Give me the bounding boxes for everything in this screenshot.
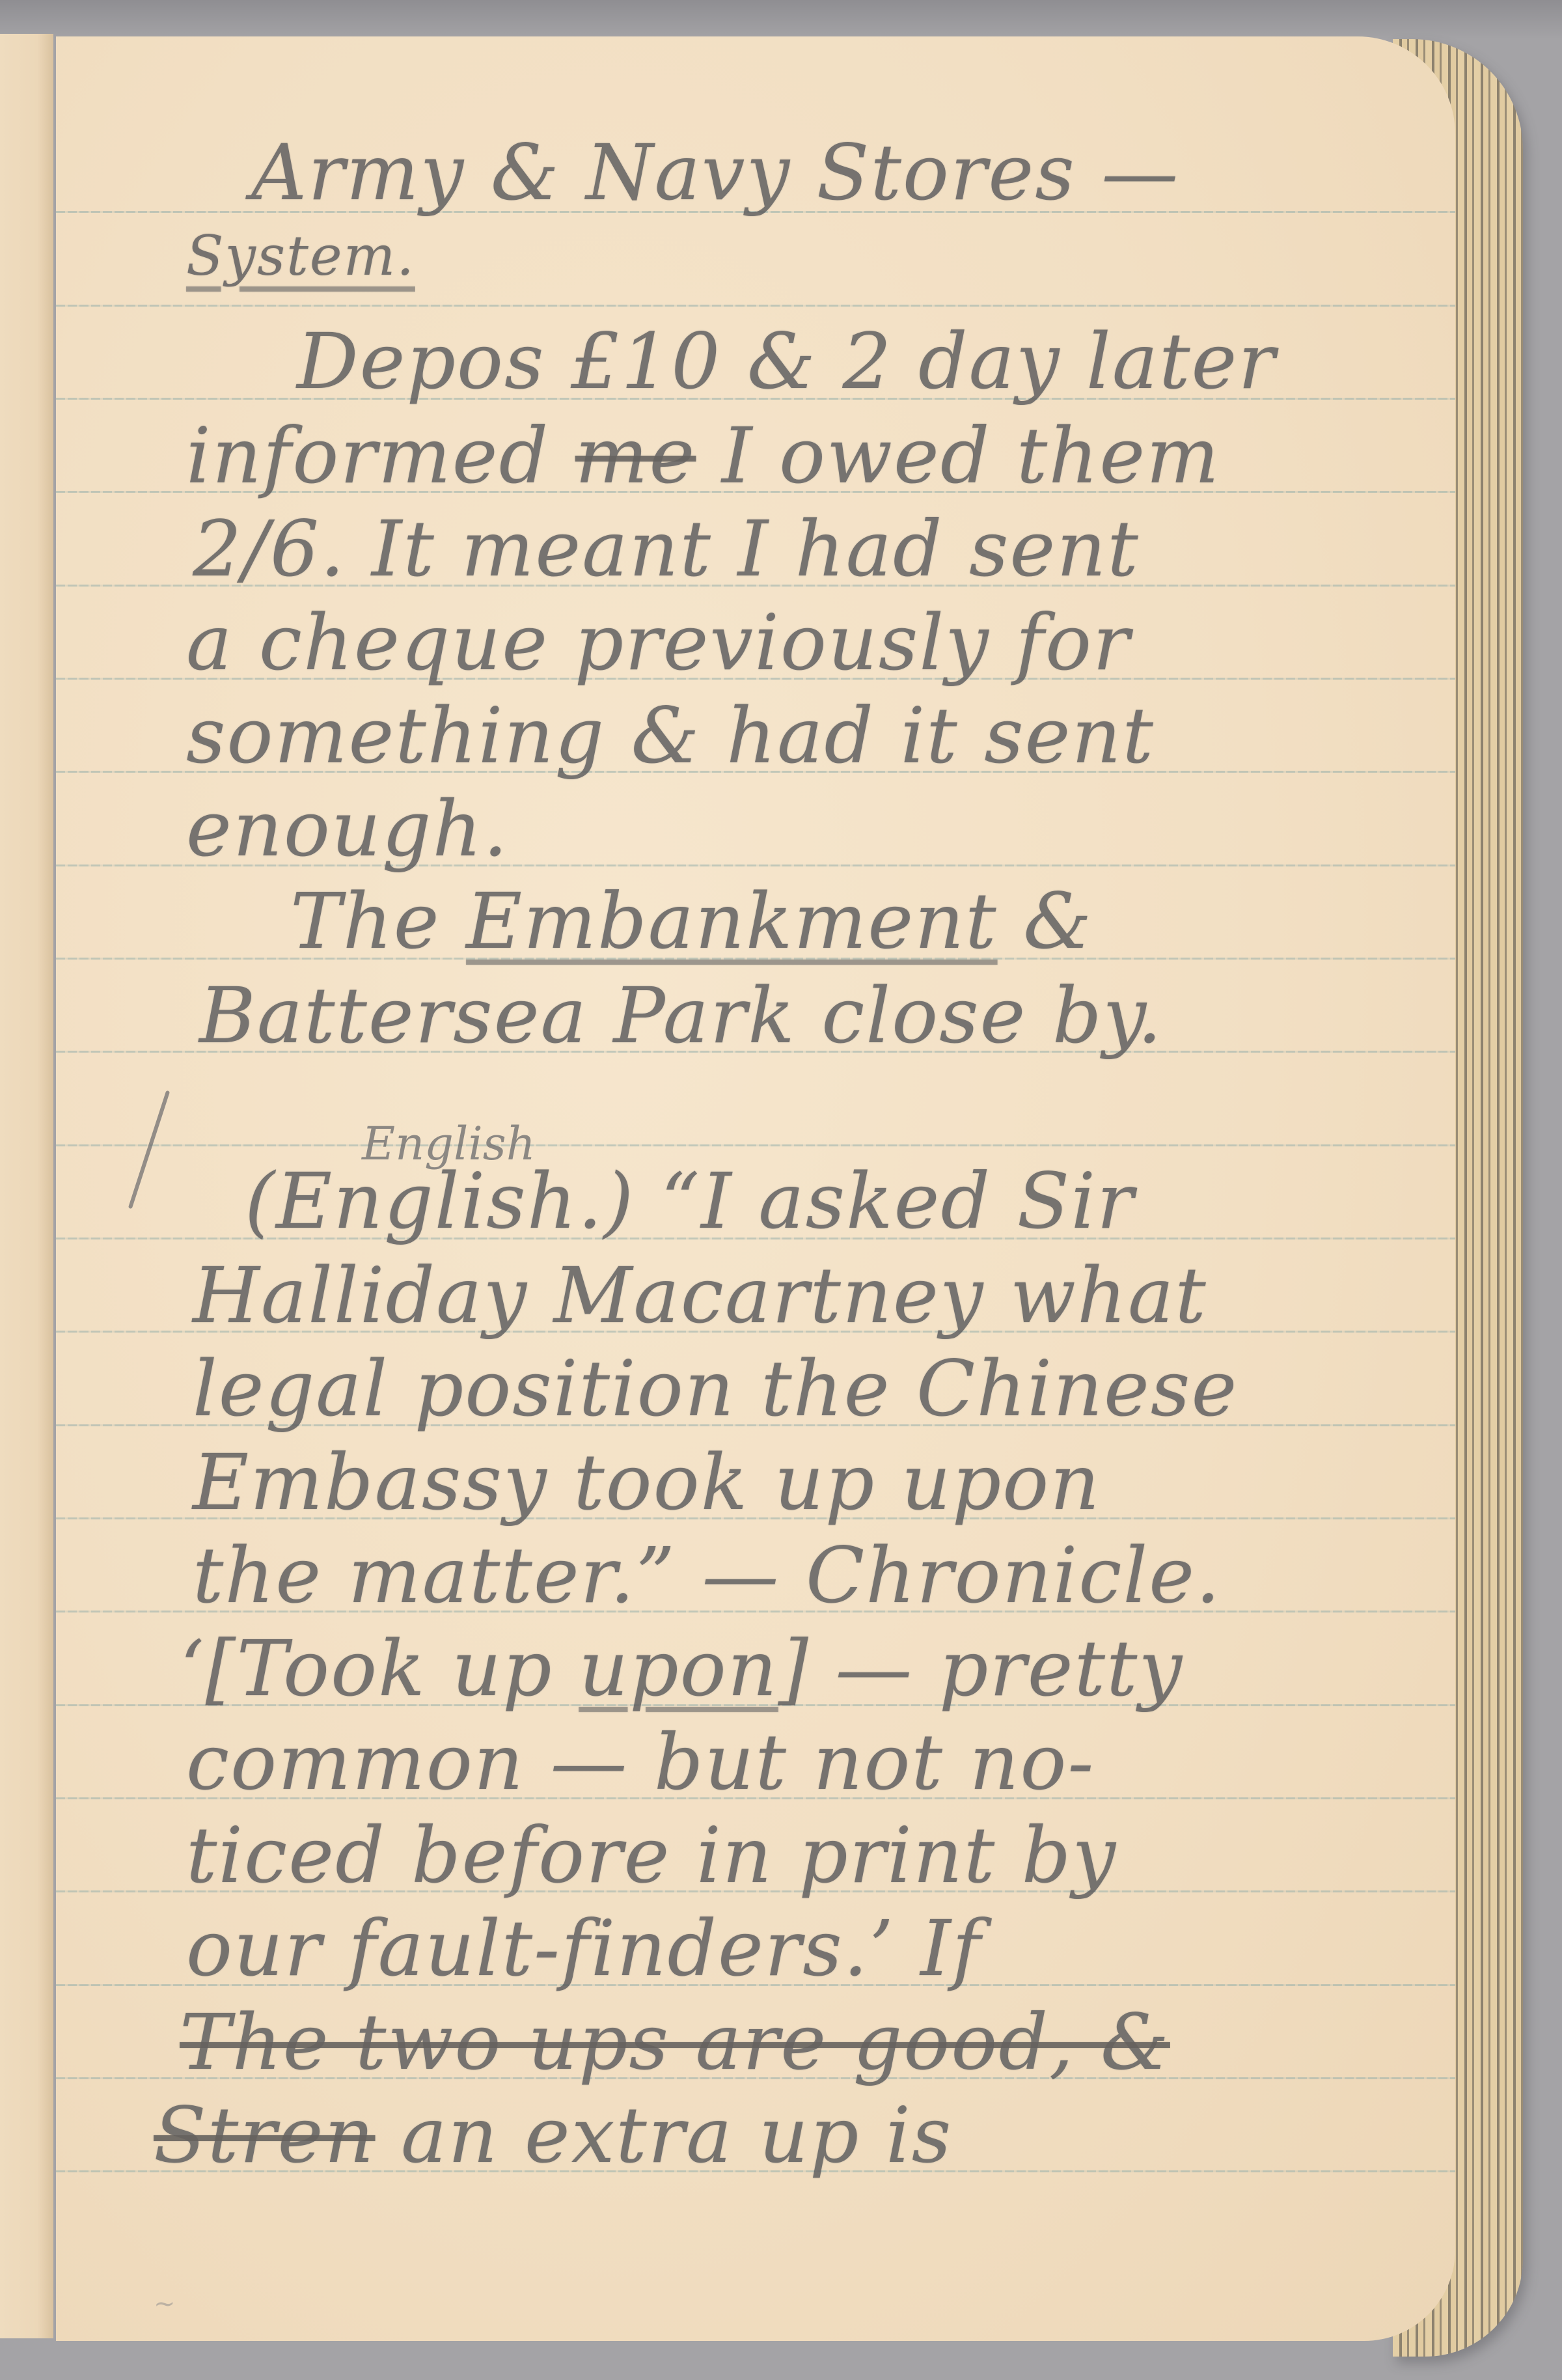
handwritten-line-4: informed me I owed them bbox=[186, 417, 1220, 494]
underlined-word: Embankment bbox=[466, 876, 998, 966]
line-21-part-2: an extra up is bbox=[376, 2090, 953, 2180]
handwritten-line-9: The Embankment & bbox=[290, 883, 1093, 960]
handwritten-line-17: common — but not no- bbox=[186, 1724, 1095, 1801]
handwritten-line-2: System. bbox=[186, 228, 415, 283]
struck-word: me bbox=[575, 411, 696, 501]
handwritten-line-11: (English.) “I asked Sir bbox=[245, 1163, 1135, 1239]
line-16-part-2: ] — pretty bbox=[778, 1624, 1183, 1713]
margin-bracket-mark bbox=[128, 1090, 170, 1210]
underlined-word: upon bbox=[579, 1624, 778, 1713]
handwritten-line-16: ‘[Took up upon] — pretty bbox=[180, 1630, 1183, 1707]
handwritten-line-20-struck: The two ups are good, & bbox=[180, 2004, 1170, 2081]
handwritten-line-12: Halliday Macartney what bbox=[193, 1257, 1207, 1334]
line-4-part-1: informed bbox=[186, 411, 575, 501]
facing-page-edge bbox=[0, 34, 53, 2338]
handwritten-line-5: 2/6. It meant I had sent bbox=[193, 510, 1140, 587]
line-16-part-1: ‘[Took up bbox=[180, 1624, 579, 1713]
handwritten-line-18: ticed before in print by bbox=[186, 1817, 1117, 1894]
handwritten-line-14: Embassy took up upon bbox=[193, 1444, 1101, 1521]
handwritten-line-3: Depos £10 & 2 day later bbox=[297, 323, 1276, 400]
handwritten-line-13: legal position the Chinese bbox=[193, 1350, 1238, 1427]
handwritten-line-8: enough. bbox=[186, 790, 509, 867]
line-9-part-1: The bbox=[290, 876, 466, 966]
handwritten-line-7: something & had it sent bbox=[186, 697, 1155, 774]
handwritten-line-1: Army & Navy Stores — bbox=[251, 134, 1179, 211]
pencil-smudge: ~ bbox=[154, 2289, 176, 2319]
notebook-page: Army & Navy Stores — System. Depos £10 &… bbox=[56, 36, 1455, 2341]
ruled-line bbox=[56, 305, 1455, 307]
line-4-part-2: I owed them bbox=[696, 411, 1220, 501]
handwritten-line-10: Battersea Park close by. bbox=[199, 977, 1163, 1054]
background-shadow bbox=[0, 0, 1562, 39]
line-9-part-2: & bbox=[998, 876, 1093, 966]
handwritten-line-21: Stren an extra up is bbox=[154, 2097, 952, 2174]
handwritten-line-15: the matter.” — Chronicle. bbox=[193, 1537, 1222, 1614]
handwritten-line-6: a cheque previously for bbox=[186, 604, 1130, 681]
handwritten-line-19: our fault-finders.’ If bbox=[186, 1910, 982, 1987]
struck-word: Stren bbox=[154, 2090, 376, 2180]
ruled-line bbox=[56, 1144, 1455, 1146]
